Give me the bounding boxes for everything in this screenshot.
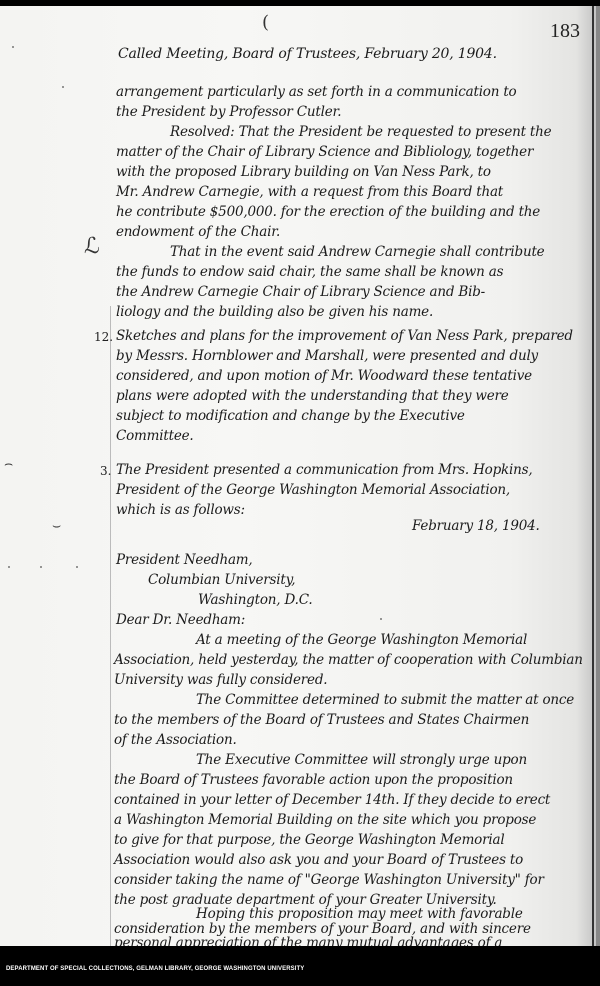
text-line: he contribute $500,000. for the erection… [116,204,540,220]
page-number: 183 [550,20,580,43]
margin-stroke-icon: ⌢ [4,456,13,472]
minutes-heading: Called Meeting, Board of Trustees, Febru… [118,46,497,62]
scan-speck [380,618,382,620]
page-binding-line [592,6,594,946]
letter-line: The Committee determined to submit the m… [196,692,574,708]
text-line: President of the George Washington Memor… [116,482,510,498]
text-line: the funds to endow said chair, the same … [116,264,503,280]
archive-credit: DEPARTMENT OF SPECIAL COLLECTIONS, GELMA… [6,966,304,972]
letter-line: to the members of the Board of Trustees … [114,712,529,728]
item-number: 12. [94,330,113,344]
text-line: endowment of the Chair. [116,224,280,240]
margin-rule [110,306,111,946]
letter-line: At a meeting of the George Washington Me… [196,632,527,648]
scan-speck [8,566,10,568]
scan-speck [40,566,42,568]
letter-line: The Executive Committee will strongly ur… [196,752,527,768]
text-line: liology and the building also be given h… [116,304,433,320]
scan-speck [12,46,14,48]
text-line: by Messrs. Hornblower and Marshall, were… [116,348,538,364]
letter-line: of the Association. [114,732,237,748]
letter-line: Hoping this proposition may meet with fa… [196,906,523,922]
letter-address-line: Columbian University, [148,572,295,588]
text-line: subject to modification and change by th… [116,408,465,424]
text-line: considered, and upon motion of Mr. Woodw… [116,368,532,384]
margin-flourish-icon: ℒ [84,234,100,259]
letter-line: contained in your letter of December 14t… [114,792,550,808]
margin-stroke-icon: ⌣ [52,518,61,534]
text-line: Mr. Andrew Carnegie, with a request from… [116,184,503,200]
letter-line: University was fully considered. [114,672,327,688]
text-line: the President by Professor Cutler. [116,104,341,120]
text-line: which is as follows: [116,502,245,518]
page-binding-edge [596,6,600,946]
letter-line: to give for that purpose, the George Was… [114,832,504,848]
letter-date: February 18, 1904. [412,518,540,534]
text-line: Resolved: That the President be requeste… [170,124,551,140]
letter-line: Association would also ask you and your … [114,852,523,868]
letter-line: personal appreciation of the many mutual… [114,935,502,946]
scan-speck [62,86,64,88]
letter-line: consider taking the name of "George Wash… [114,872,544,888]
scan-speck [76,566,78,568]
text-line: arrangement particularly as set forth in… [116,84,516,100]
text-line: The President presented a communication … [116,462,532,478]
letter-address-line: Washington, D.C. [198,592,312,608]
letter-line: Association, held yesterday, the matter … [114,652,583,668]
text-line: That in the event said Andrew Carnegie s… [170,244,544,260]
text-line: plans were adopted with the understandin… [116,388,509,404]
text-line: matter of the Chair of Library Science a… [116,144,533,160]
top-mark: ( [262,12,269,33]
text-line: Committee. [116,428,194,444]
scanned-page: ( 183 Called Meeting, Board of Trustees,… [0,6,600,946]
text-line: Sketches and plans for the improvement o… [116,328,573,344]
text-line: with the proposed Library building on Va… [116,164,491,180]
item-number: 3. [100,464,111,478]
letter-line: a Washington Memorial Building on the si… [114,812,536,828]
letter-salutation: Dear Dr. Needham: [116,612,245,628]
letter-line: the Board of Trustees favorable action u… [114,772,513,788]
text-line: the Andrew Carnegie Chair of Library Sci… [116,284,485,300]
letter-address-line: President Needham, [116,552,252,568]
